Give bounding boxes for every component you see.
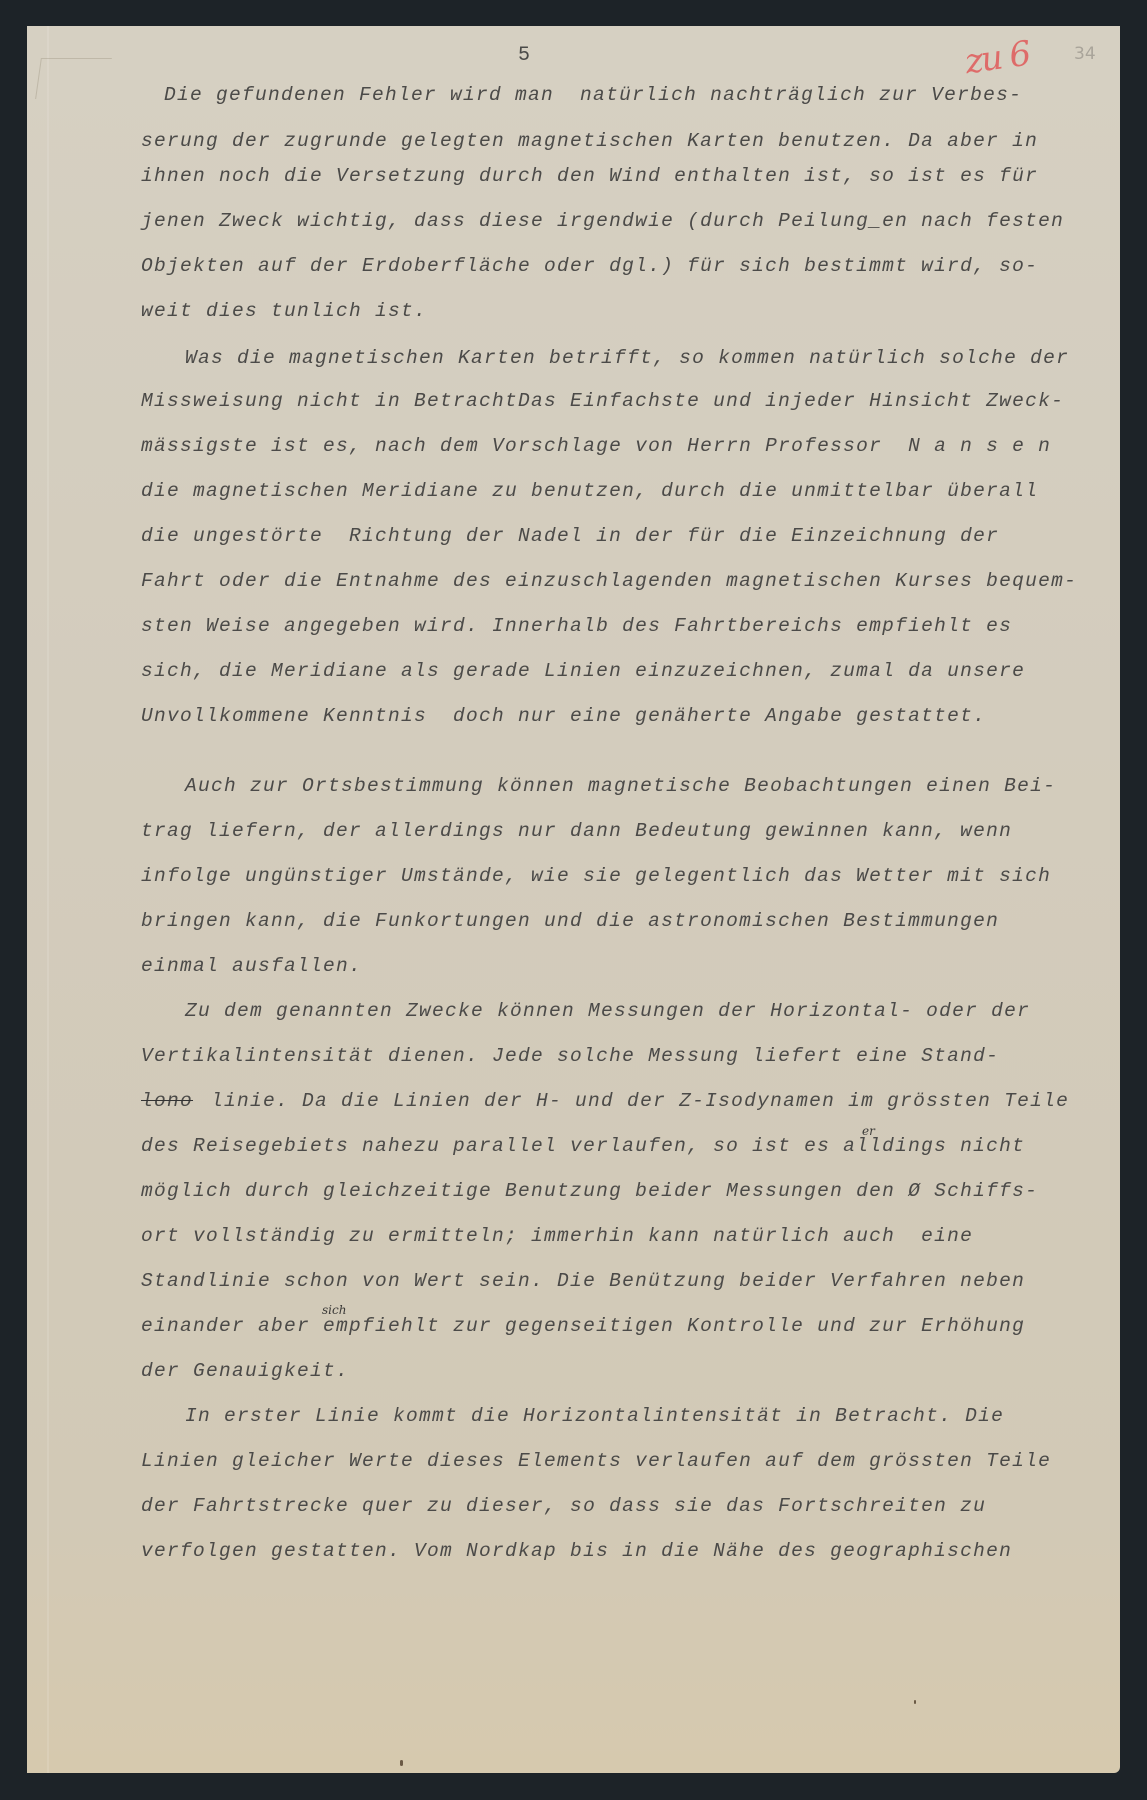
text-line: der Fahrtstrecke quer zu dieser, so dass…	[141, 1497, 986, 1517]
text-line: sten Weise angegeben wird. Innerhalb des…	[141, 617, 1012, 637]
text-line: mässigste ist es, nach dem Vorschlage vo…	[141, 437, 1051, 457]
text-line: einmal ausfallen.	[141, 957, 362, 977]
paper-speck	[400, 1760, 403, 1766]
text-line: möglich durch gleichzeitige Benutzung be…	[141, 1182, 1038, 1202]
text-line: ort vollständig zu ermitteln; immerhin k…	[141, 1227, 973, 1247]
fold-line	[47, 26, 49, 1773]
text-line: sich, die Meridiane als gerade Linien ei…	[141, 662, 1025, 682]
text-line: die ungestörte Richtung der Nadel in der…	[141, 527, 999, 547]
archive-folio-number: 34	[1074, 44, 1096, 64]
text-line: der Genauigkeit.	[141, 1362, 349, 1382]
text-line: jenen Zweck wichtig, dass diese irgendwi…	[141, 212, 1064, 232]
text-line: Unvollkommene Kenntnis doch nur eine gen…	[141, 707, 986, 727]
text-line: Standlinie schon von Wert sein. Die Benü…	[141, 1272, 1025, 1292]
text-line: Missweisung nicht in BetrachtDas Einfach…	[141, 392, 1064, 412]
text-line: Objekten auf der Erdoberfläche oder dgl.…	[141, 257, 1038, 277]
pencil-corner-mark	[35, 58, 112, 99]
text-line: bringen kann, die Funkortungen und die a…	[141, 912, 999, 932]
struck-out-word: lono	[141, 1092, 193, 1112]
text-line: Linien gleicher Werte dieses Elements ve…	[141, 1452, 1051, 1472]
text-line: Was die magnetischen Karten betrifft, so…	[185, 349, 1069, 369]
page-number: 5	[518, 44, 530, 67]
text-line: trag liefern, der allerdings nur dann Be…	[141, 822, 1012, 842]
handwritten-insertion: er	[862, 1124, 875, 1138]
text-line: ihnen noch die Versetzung durch den Wind…	[141, 167, 1038, 187]
text-line: In erster Linie kommt die Horizontalinte…	[185, 1407, 1004, 1427]
paper-speck	[914, 1700, 916, 1704]
text-line: infolge ungünstiger Umstände, wie sie ge…	[141, 867, 1051, 887]
text-line: des Reisegebiets nahezu parallel verlauf…	[141, 1137, 1025, 1157]
text-line: Vertikalintensität dienen. Jede solche M…	[141, 1047, 999, 1067]
text-line: Die gefundenen Fehler wird man natürlich…	[164, 86, 1022, 106]
text-line: weit dies tunlich ist.	[141, 302, 427, 322]
handwritten-insertion: sich	[322, 1303, 346, 1317]
text-line: die magnetischen Meridiane zu benutzen, …	[141, 482, 1038, 502]
text-line: Auch zur Ortsbestimmung können magnetisc…	[185, 777, 1056, 797]
text-line: serung der zugrunde gelegten magnetische…	[141, 132, 1038, 152]
text-line: Fahrt oder die Entnahme des einzuschlage…	[141, 572, 1077, 592]
text-line: verfolgen gestatten. Vom Nordkap bis in …	[141, 1542, 1012, 1562]
text-line: linie. Da die Linien der H- und der Z-Is…	[198, 1092, 1069, 1112]
text-line: Zu dem genannten Zwecke können Messungen…	[185, 1002, 1030, 1022]
text-line: einander aber empfiehlt zur gegenseitige…	[141, 1317, 1025, 1337]
